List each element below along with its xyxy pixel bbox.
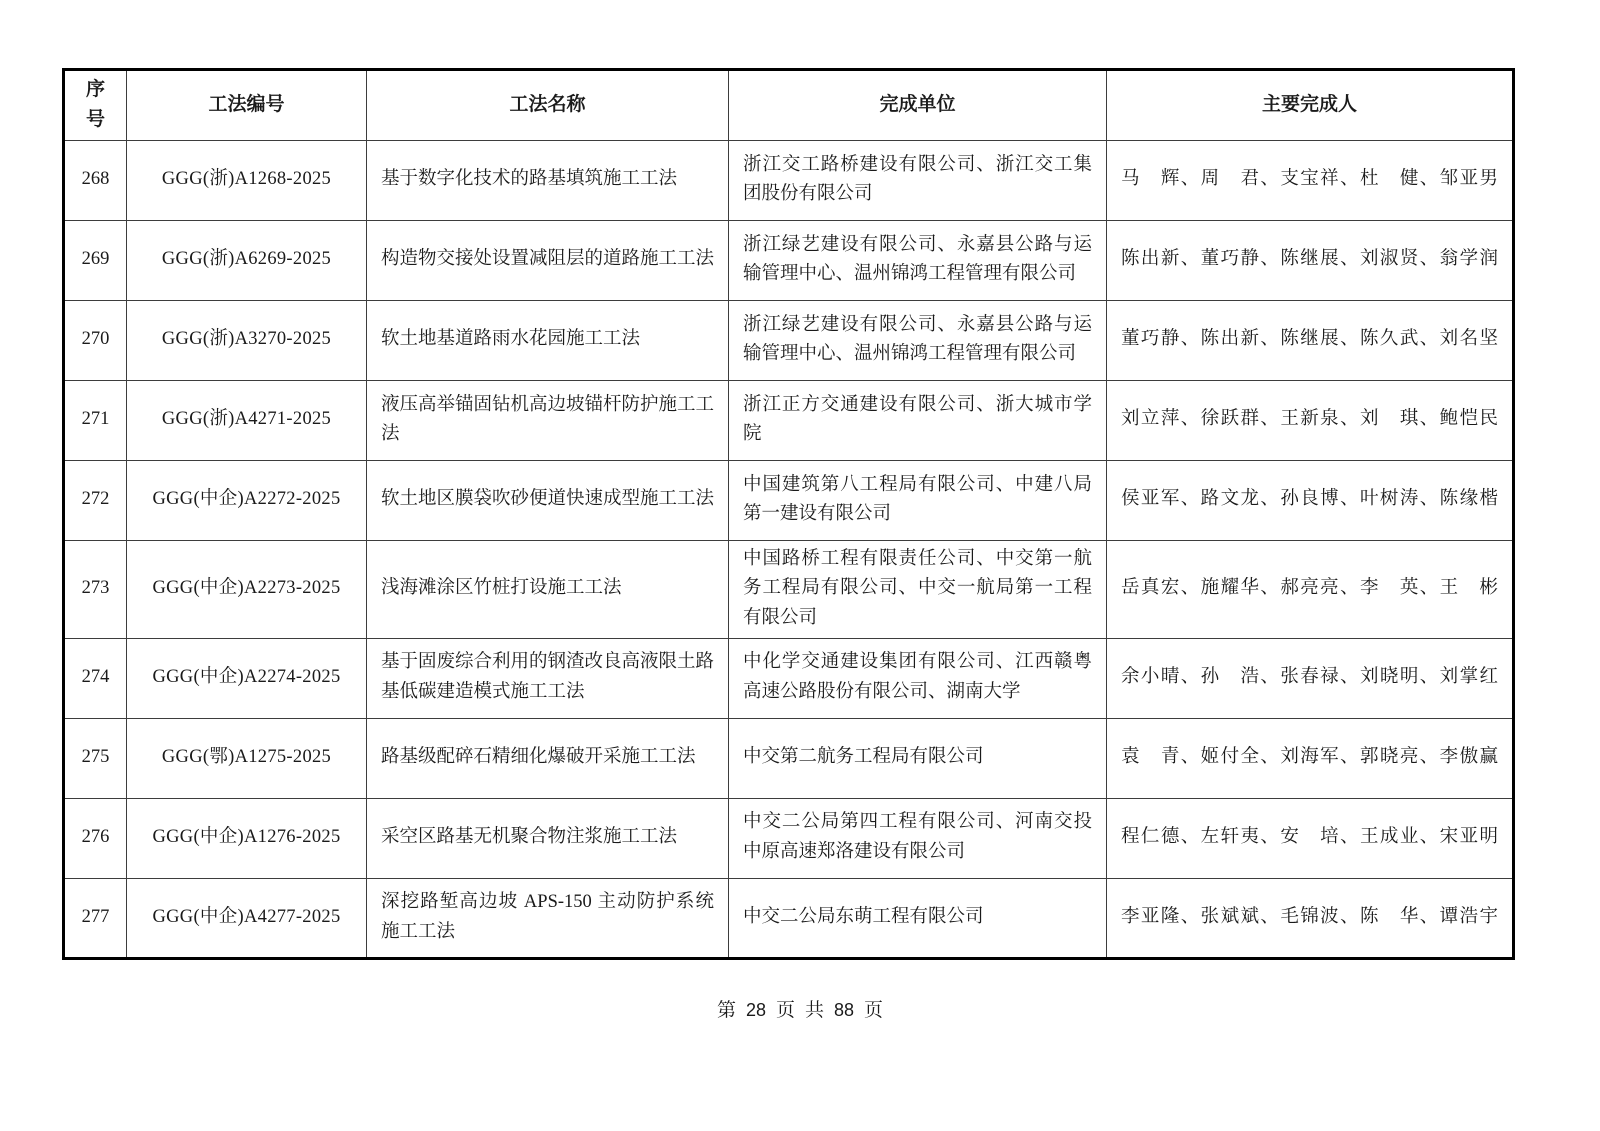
table-row: 273GGG(中企)A2273-2025浅海滩涂区竹桩打设施工工法中国路桥工程有… bbox=[64, 540, 1514, 638]
table-row: 272GGG(中企)A2272-2025软土地区膜袋吹砂便道快速成型施工工法中国… bbox=[64, 460, 1514, 540]
column-header-serial: 序号 bbox=[64, 70, 127, 141]
cell-method-code: GGG(浙)A6269-2025 bbox=[127, 220, 367, 300]
cell-completing-units: 浙江绿艺建设有限公司、永嘉县公路与运输管理中心、温州锦鸿工程管理有限公司 bbox=[729, 300, 1107, 380]
cell-serial: 270 bbox=[64, 300, 127, 380]
cell-main-contributors: 刘立萍、徐跃群、王新泉、刘 琪、鲍恺民 bbox=[1107, 380, 1514, 460]
current-page-number: 28 bbox=[746, 1000, 766, 1020]
table-row: 271GGG(浙)A4271-2025液压高举锚固钻机高边坡锚杆防护施工工法浙江… bbox=[64, 380, 1514, 460]
cell-serial: 269 bbox=[64, 220, 127, 300]
cell-completing-units: 中国建筑第八工程局有限公司、中建八局第一建设有限公司 bbox=[729, 460, 1107, 540]
cell-completing-units: 中交二公局东萌工程有限公司 bbox=[729, 878, 1107, 958]
cell-main-contributors: 马 辉、周 君、支宝祥、杜 健、邹亚男 bbox=[1107, 140, 1514, 220]
header-row: 序号 工法编号 工法名称 完成单位 主要完成人 bbox=[64, 70, 1514, 141]
table-row: 268GGG(浙)A1268-2025基于数字化技术的路基填筑施工工法浙江交工路… bbox=[64, 140, 1514, 220]
cell-serial: 275 bbox=[64, 718, 127, 798]
cell-serial: 274 bbox=[64, 638, 127, 718]
cell-method-code: GGG(鄂)A1275-2025 bbox=[127, 718, 367, 798]
table-row: 275GGG(鄂)A1275-2025路基级配碎石精细化爆破开采施工工法中交第二… bbox=[64, 718, 1514, 798]
column-header-method-code: 工法编号 bbox=[127, 70, 367, 141]
table-row: 277GGG(中企)A4277-2025深挖路堑高边坡 APS-150 主动防护… bbox=[64, 878, 1514, 958]
cell-method-code: GGG(浙)A3270-2025 bbox=[127, 300, 367, 380]
column-header-completing-units: 完成单位 bbox=[729, 70, 1107, 141]
cell-serial: 271 bbox=[64, 380, 127, 460]
cell-completing-units: 浙江正方交通建设有限公司、浙大城市学院 bbox=[729, 380, 1107, 460]
table-row: 269GGG(浙)A6269-2025构造物交接处设置减阻层的道路施工工法浙江绿… bbox=[64, 220, 1514, 300]
page-footer: 第28页共88页 bbox=[0, 995, 1600, 1022]
cell-serial: 277 bbox=[64, 878, 127, 958]
table-row: 276GGG(中企)A1276-2025采空区路基无机聚合物注浆施工工法中交二公… bbox=[64, 798, 1514, 878]
cell-main-contributors: 袁 青、姬付全、刘海军、郭晓亮、李傲赢 bbox=[1107, 718, 1514, 798]
cell-main-contributors: 程仁德、左轩夷、安 培、王成业、宋亚明 bbox=[1107, 798, 1514, 878]
cell-main-contributors: 侯亚军、路文龙、孙良博、叶树涛、陈缘楷 bbox=[1107, 460, 1514, 540]
cell-method-name: 软土地区膜袋吹砂便道快速成型施工工法 bbox=[367, 460, 729, 540]
cell-method-code: GGG(浙)A4271-2025 bbox=[127, 380, 367, 460]
cell-completing-units: 中国路桥工程有限责任公司、中交第一航务工程局有限公司、中交一航局第一工程有限公司 bbox=[729, 540, 1107, 638]
cell-main-contributors: 陈出新、董巧静、陈继展、刘淑贤、翁学润 bbox=[1107, 220, 1514, 300]
cell-serial: 272 bbox=[64, 460, 127, 540]
cell-main-contributors: 董巧静、陈出新、陈继展、陈久武、刘名坚 bbox=[1107, 300, 1514, 380]
document-page: 序号 工法编号 工法名称 完成单位 主要完成人 268GGG(浙)A1268-2… bbox=[0, 0, 1600, 1131]
cell-main-contributors: 李亚隆、张斌斌、毛锦波、陈 华、谭浩宇 bbox=[1107, 878, 1514, 958]
table-row: 274GGG(中企)A2274-2025基于固废综合利用的钢渣改良高液限土路基低… bbox=[64, 638, 1514, 718]
footer-prefix: 第 bbox=[717, 1000, 736, 1021]
table-row: 270GGG(浙)A3270-2025软土地基道路雨水花园施工工法浙江绿艺建设有… bbox=[64, 300, 1514, 380]
cell-completing-units: 中交第二航务工程局有限公司 bbox=[729, 718, 1107, 798]
cell-method-name: 路基级配碎石精细化爆破开采施工工法 bbox=[367, 718, 729, 798]
cell-method-name: 液压高举锚固钻机高边坡锚杆防护施工工法 bbox=[367, 380, 729, 460]
cell-method-name: 浅海滩涂区竹桩打设施工工法 bbox=[367, 540, 729, 638]
table-body: 268GGG(浙)A1268-2025基于数字化技术的路基填筑施工工法浙江交工路… bbox=[64, 140, 1514, 958]
cell-serial: 276 bbox=[64, 798, 127, 878]
table-header: 序号 工法编号 工法名称 完成单位 主要完成人 bbox=[64, 70, 1514, 141]
cell-method-code: GGG(中企)A4277-2025 bbox=[127, 878, 367, 958]
footer-suffix: 页 bbox=[864, 1000, 883, 1021]
cell-method-code: GGG(中企)A2272-2025 bbox=[127, 460, 367, 540]
total-page-number: 88 bbox=[834, 1000, 854, 1020]
methods-table: 序号 工法编号 工法名称 完成单位 主要完成人 268GGG(浙)A1268-2… bbox=[62, 68, 1515, 960]
column-header-method-name: 工法名称 bbox=[367, 70, 729, 141]
cell-completing-units: 浙江交工路桥建设有限公司、浙江交工集团股份有限公司 bbox=[729, 140, 1107, 220]
cell-method-name: 基于数字化技术的路基填筑施工工法 bbox=[367, 140, 729, 220]
cell-completing-units: 浙江绿艺建设有限公司、永嘉县公路与运输管理中心、温州锦鸿工程管理有限公司 bbox=[729, 220, 1107, 300]
cell-serial: 273 bbox=[64, 540, 127, 638]
cell-method-name: 软土地基道路雨水花园施工工法 bbox=[367, 300, 729, 380]
cell-method-name: 采空区路基无机聚合物注浆施工工法 bbox=[367, 798, 729, 878]
cell-method-name: 深挖路堑高边坡 APS-150 主动防护系统施工工法 bbox=[367, 878, 729, 958]
cell-serial: 268 bbox=[64, 140, 127, 220]
cell-method-code: GGG(浙)A1268-2025 bbox=[127, 140, 367, 220]
cell-method-code: GGG(中企)A2273-2025 bbox=[127, 540, 367, 638]
cell-main-contributors: 余小晴、孙 浩、张春禄、刘晓明、刘掌红 bbox=[1107, 638, 1514, 718]
footer-middle-2: 共 bbox=[805, 1000, 824, 1021]
cell-completing-units: 中化学交通建设集团有限公司、江西赣粤高速公路股份有限公司、湖南大学 bbox=[729, 638, 1107, 718]
cell-method-code: GGG(中企)A2274-2025 bbox=[127, 638, 367, 718]
cell-completing-units: 中交二公局第四工程有限公司、河南交投中原高速郑洛建设有限公司 bbox=[729, 798, 1107, 878]
cell-method-code: GGG(中企)A1276-2025 bbox=[127, 798, 367, 878]
cell-method-name: 基于固废综合利用的钢渣改良高液限土路基低碳建造模式施工工法 bbox=[367, 638, 729, 718]
footer-middle-1: 页 bbox=[776, 1000, 795, 1021]
column-header-main-contributors: 主要完成人 bbox=[1107, 70, 1514, 141]
cell-main-contributors: 岳真宏、施耀华、郝亮亮、李 英、王 彬 bbox=[1107, 540, 1514, 638]
cell-method-name: 构造物交接处设置减阻层的道路施工工法 bbox=[367, 220, 729, 300]
